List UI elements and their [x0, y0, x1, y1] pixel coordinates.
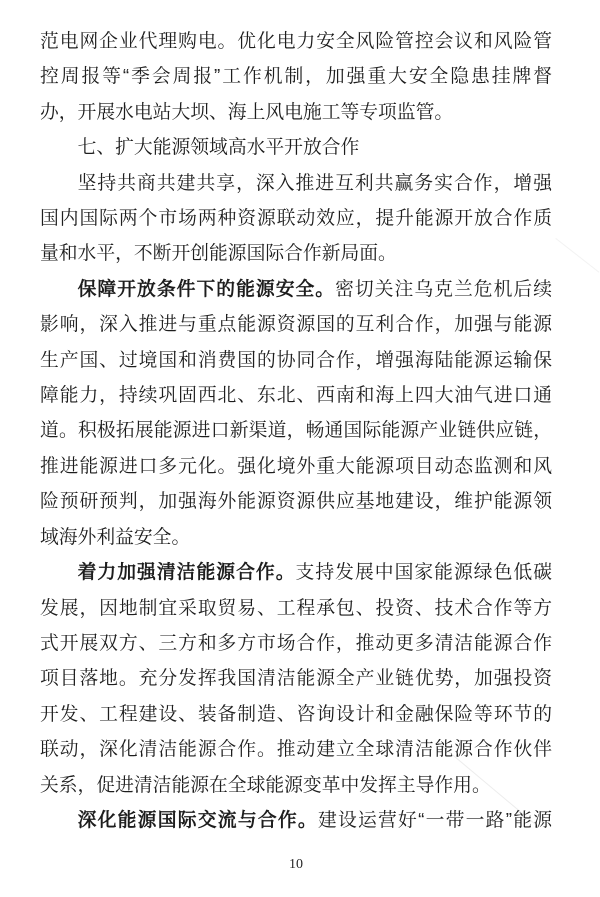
text-segment: 控周报等“季会周报”工作机制，加强重大安全隐患挂牌督 [40, 65, 552, 86]
text-line: 发展，因地制宜采取贸易、工程承包、投资、技术合作等方 [40, 590, 552, 625]
text-segment: 发展，因地制宜采取贸易、工程承包、投资、技术合作等方 [40, 597, 552, 618]
text-line: 式开展双方、三方和多方市场合作，推动更多清洁能源合作 [40, 625, 552, 660]
text-segment: 障能力，持续巩固西北、东北、西南和海上四大油气进口通 [40, 384, 552, 405]
text-line: 域海外利益安全。 [40, 519, 552, 554]
text-line: 生产国、过境国和消费国的协同合作，增强海陆能源运输保 [40, 342, 552, 377]
text-line: 险预研预判，加强海外能源资源供应基地建设，维护能源领 [40, 483, 552, 518]
text-segment: 域海外利益安全。 [40, 526, 190, 547]
text-segment: 七、扩大能源领域高水平开放合作 [78, 136, 360, 157]
text-line: 着力加强清洁能源合作。支持发展中国家能源绿色低碳 [40, 554, 552, 589]
text-line: 道。积极拓展能源进口新渠道，畅通国际能源产业链供应链， [40, 412, 552, 447]
text-segment: 式开展双方、三方和多方市场合作，推动更多清洁能源合作 [40, 632, 552, 653]
text-line: 量和水平，不断开创能源国际合作新局面。 [40, 235, 552, 270]
text-line: 国内国际两个市场两种资源联动效应，提升能源开放合作质 [40, 200, 552, 235]
text-segment: 联动，深化清洁能源合作。推动建立全球清洁能源合作伙伴 [40, 738, 552, 759]
paragraph-lead-bold: 着力加强清洁能源合作。 [78, 561, 296, 582]
text-segment: 密切关注乌克兰危机后续 [335, 278, 552, 299]
text-line: 坚持共商共建共享，深入推进互利共赢务实合作，增强 [40, 165, 552, 200]
text-segment: 办，开展水电站大坝、海上风电施工等专项监管。 [40, 101, 453, 122]
text-line: 控周报等“季会周报”工作机制，加强重大安全隐患挂牌督 [40, 58, 552, 93]
text-body: 范电网企业代理购电。优化电力安全风险管控会议和风险管控周报等“季会周报”工作机制… [40, 23, 552, 837]
text-segment: 生产国、过境国和消费国的协同合作，增强海陆能源运输保 [40, 349, 552, 370]
text-segment: 影响，深入推进与重点能源资源国的互利合作，加强与能源 [40, 313, 552, 334]
text-segment: 开发、工程建设、装备制造、咨询设计和金融保险等环节的 [40, 703, 552, 724]
text-line: 范电网企业代理购电。优化电力安全风险管控会议和风险管 [40, 23, 552, 58]
text-line: 项目落地。充分发挥我国清洁能源全产业链优势，加强投资 [40, 660, 552, 695]
text-line: 关系，促进清洁能源在全球能源变革中发挥主导作用。 [40, 767, 552, 802]
text-segment: 量和水平，不断开创能源国际合作新局面。 [40, 242, 397, 263]
text-segment: 险预研预判，加强海外能源资源供应基地建设，维护能源领 [40, 490, 552, 511]
text-segment: 推进能源进口多元化。强化境外重大能源项目动态监测和风 [40, 455, 552, 476]
text-segment: 项目落地。充分发挥我国清洁能源全产业链优势，加强投资 [40, 667, 552, 688]
text-line: 障能力，持续巩固西北、东北、西南和海上四大油气进口通 [40, 377, 552, 412]
text-segment: 关系，促进清洁能源在全球能源变革中发挥主导作用。 [40, 774, 491, 795]
paragraph-lead-bold: 深化能源国际交流与合作。 [78, 809, 318, 830]
document-page: 范电网企业代理购电。优化电力安全风险管控会议和风险管控周报等“季会周报”工作机制… [0, 0, 600, 897]
text-line: 办，开展水电站大坝、海上风电施工等专项监管。 [40, 94, 552, 129]
text-segment: 坚持共商共建共享，深入推进互利共赢务实合作，增强 [78, 172, 552, 193]
text-line: 联动，深化清洁能源合作。推动建立全球清洁能源合作伙伴 [40, 731, 552, 766]
text-line: 深化能源国际交流与合作。建设运营好“一带一路”能源 [40, 802, 552, 837]
text-line: 推进能源进口多元化。强化境外重大能源项目动态监测和风 [40, 448, 552, 483]
text-segment: 国内国际两个市场两种资源联动效应，提升能源开放合作质 [40, 207, 552, 228]
page-number: 10 [40, 857, 552, 873]
paragraph-lead-bold: 保障开放条件下的能源安全。 [78, 278, 336, 299]
scan-artifact [555, 238, 599, 273]
text-line: 开发、工程建设、装备制造、咨询设计和金融保险等环节的 [40, 696, 552, 731]
text-segment: 道。积极拓展能源进口新渠道，畅通国际能源产业链供应链， [40, 419, 552, 440]
text-line: 七、扩大能源领域高水平开放合作 [40, 129, 552, 164]
text-segment: 范电网企业代理购电。优化电力安全风险管控会议和风险管 [40, 30, 552, 51]
text-line: 影响，深入推进与重点能源资源国的互利合作，加强与能源 [40, 306, 552, 341]
text-line: 保障开放条件下的能源安全。密切关注乌克兰危机后续 [40, 271, 552, 306]
text-segment: 建设运营好“一带一路”能源 [318, 809, 552, 830]
text-segment: 支持发展中国家能源绿色低碳 [296, 561, 553, 582]
